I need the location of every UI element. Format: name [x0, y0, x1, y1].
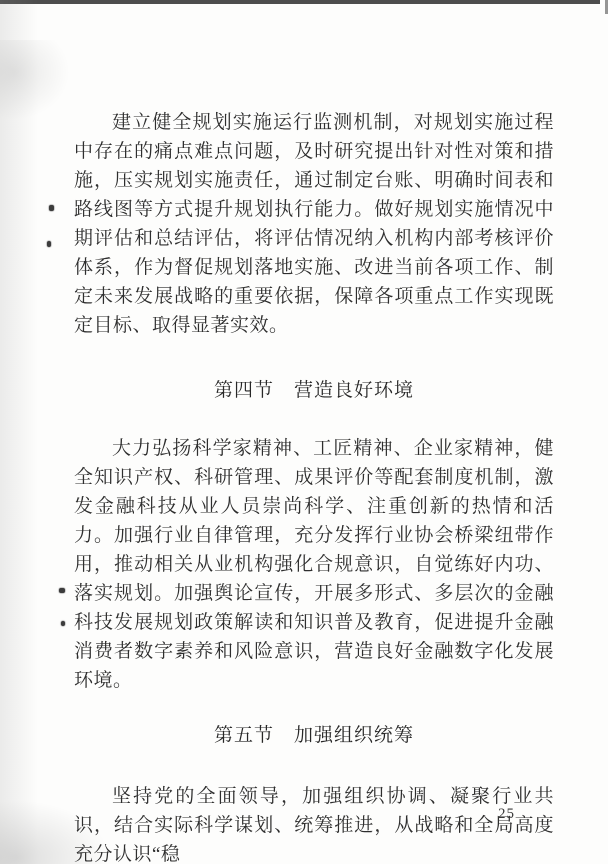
section-heading: 第四节 营造良好环境 — [74, 376, 554, 405]
body-paragraph: 大力弘扬科学家精神、工匠精神、企业家精神，健全知识产权、科研管理、成果评价等配套… — [74, 434, 554, 695]
page-content: 建立健全规划实施运行监测机制，对规划实施过程中存在的痛点难点问题，及时研究提出针… — [74, 108, 554, 864]
scan-left-shadow — [0, 0, 38, 864]
body-paragraph: 建立健全规划实施运行监测机制，对规划实施过程中存在的痛点难点问题，及时研究提出针… — [74, 108, 554, 340]
scan-speck — [47, 241, 51, 247]
scan-speck — [61, 621, 65, 626]
section-heading: 第五节 加强组织统筹 — [74, 721, 554, 750]
body-paragraph: 坚持党的全面领导，加强组织协调、凝聚行业共识，结合实际科学谋划、统筹推进，从战略… — [74, 782, 554, 864]
scan-top-edge — [0, 0, 600, 4]
scanned-document-page: { "content": { "blocks": [ { "type": "pa… — [0, 0, 608, 864]
scan-speck — [49, 205, 54, 211]
page-number: 25 — [498, 806, 515, 823]
scan-speck — [59, 588, 65, 593]
scan-smudge-top-left — [0, 40, 70, 120]
